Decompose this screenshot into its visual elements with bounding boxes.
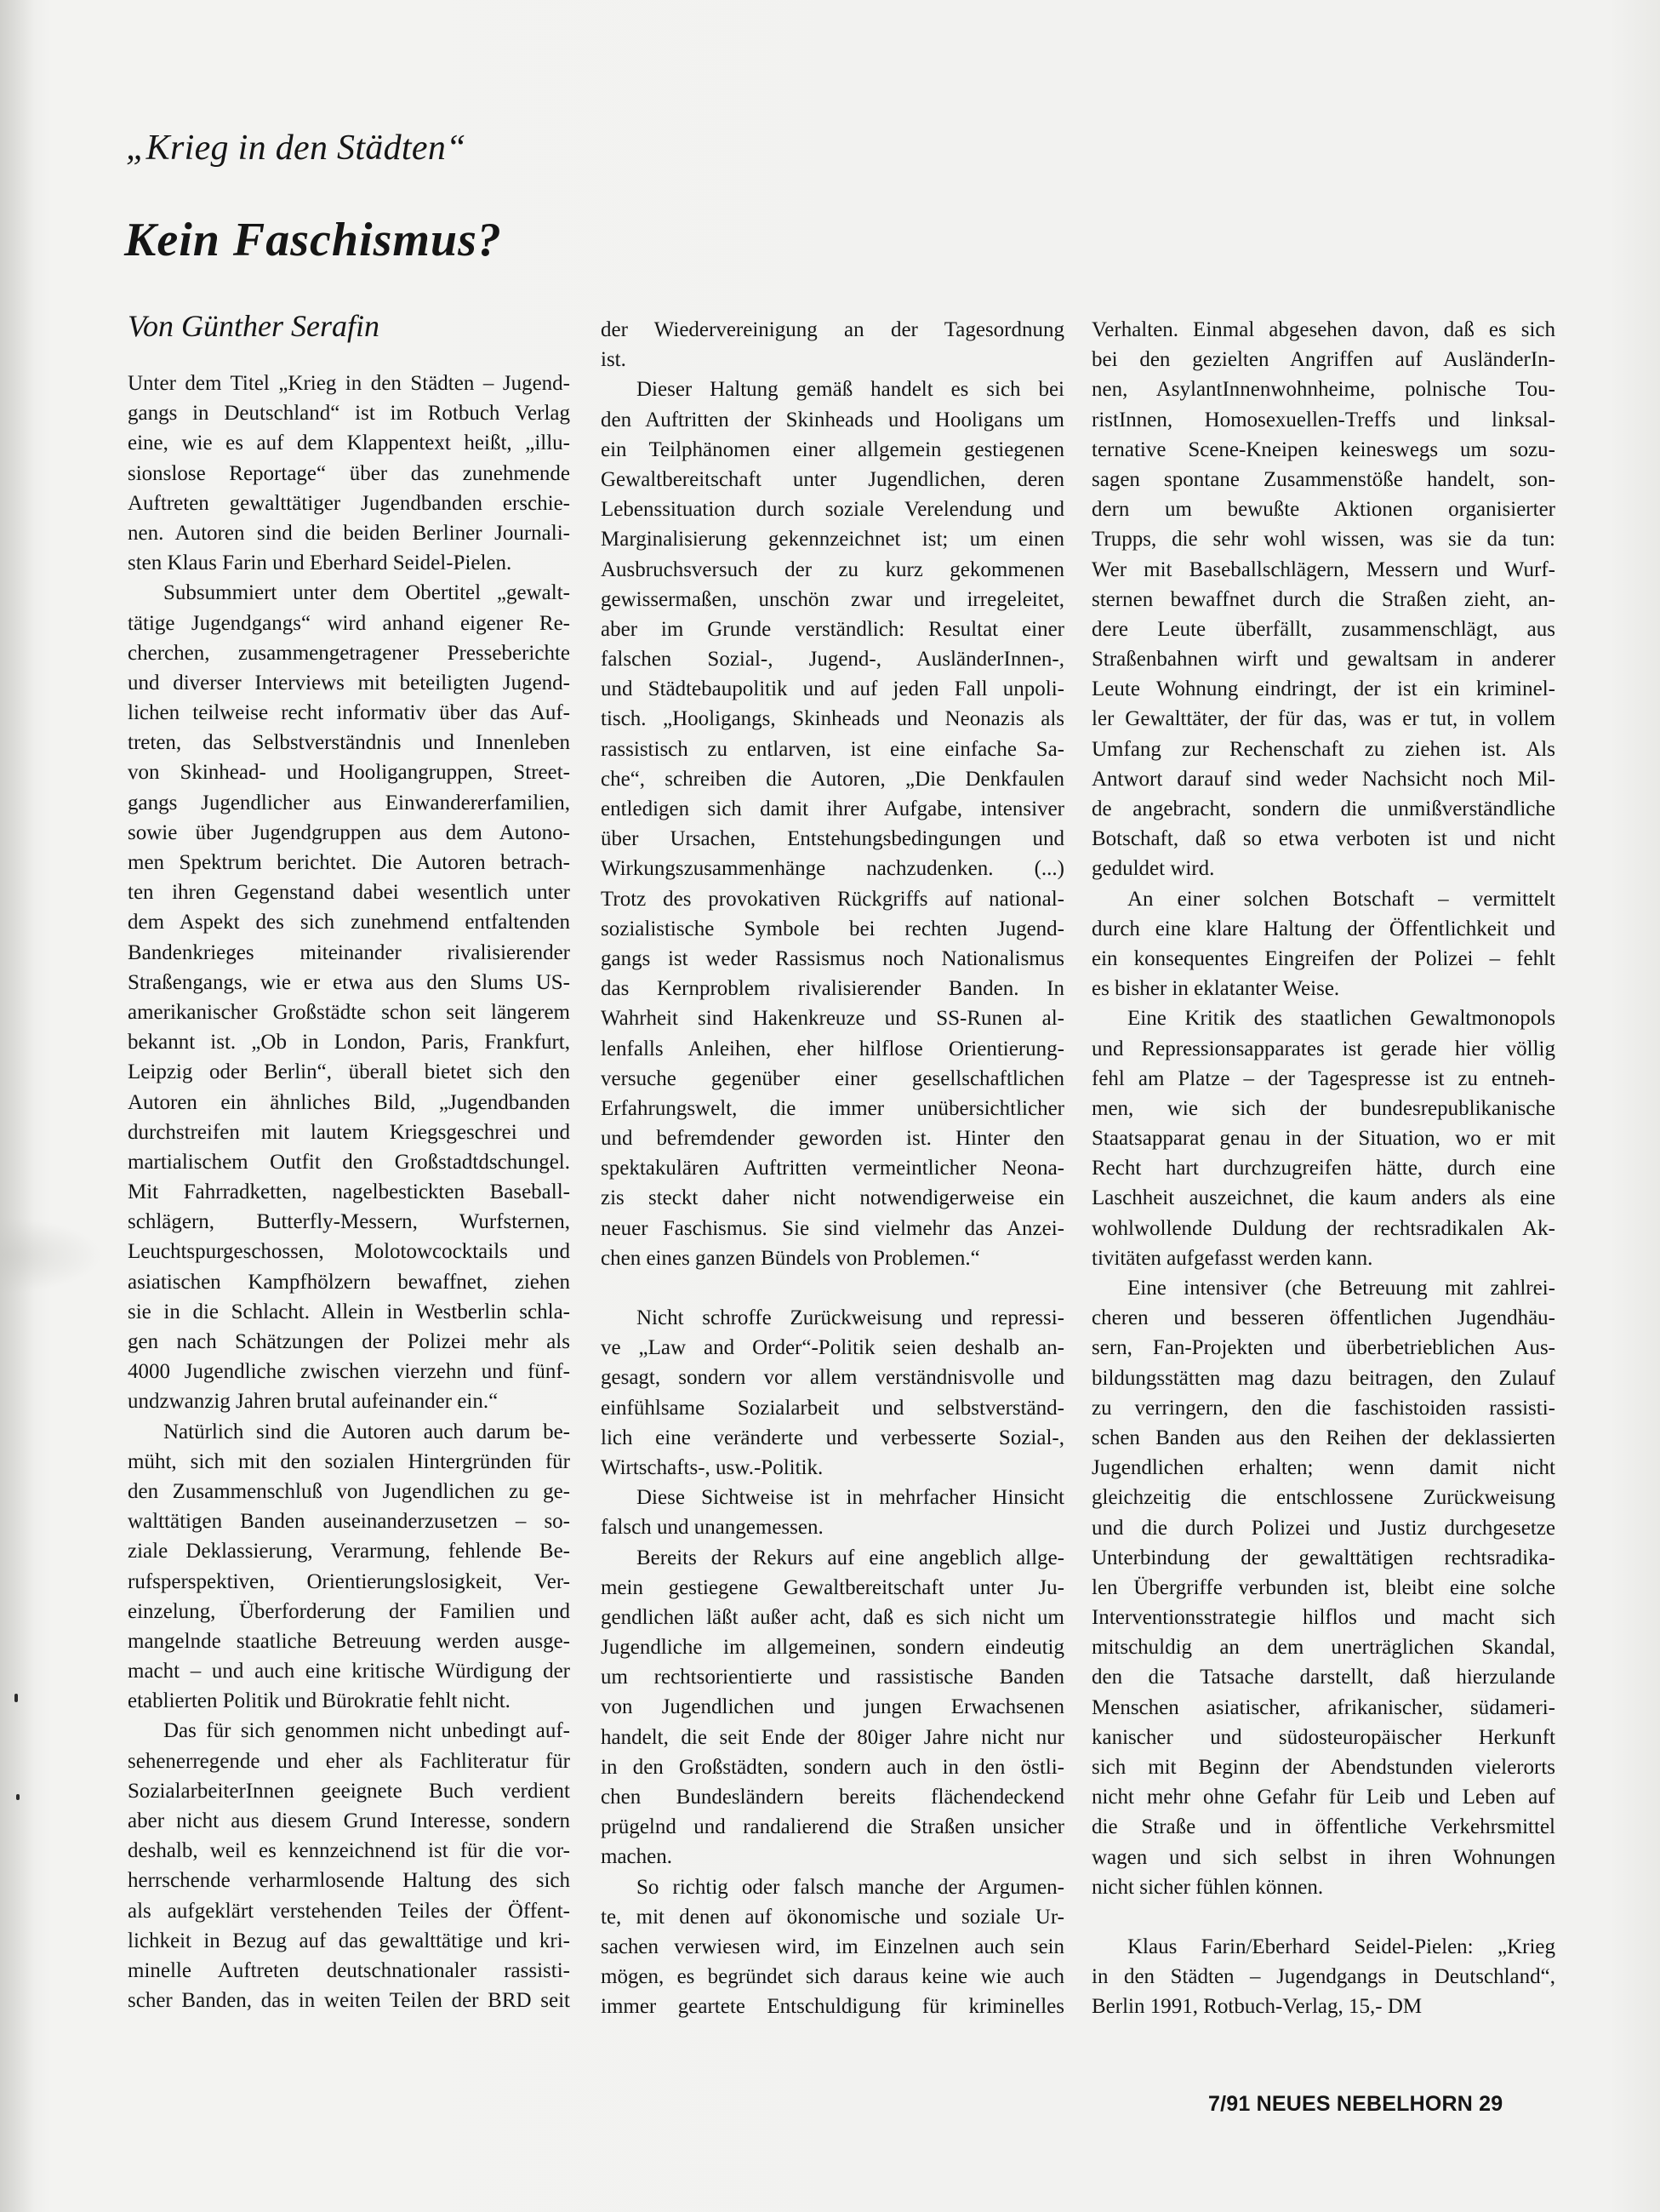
text-line: Eine Kritik des staatlichen Gewaltmonopo… [1092, 1003, 1555, 1033]
text-line: tisch. „Hooligangs, Skinheads und Neonaz… [601, 704, 1064, 734]
paper-crease [0, 1217, 102, 1294]
text-line: wohlwollende Duldung der rechtsradikalen… [1092, 1214, 1555, 1243]
text-line: Natürlich sind die Autoren auch darum be… [128, 1417, 570, 1447]
text-line: martialischem Outfit den Großstadtdschun… [128, 1147, 570, 1177]
text-line: men Spektrum berichtet. Die Autoren betr… [128, 848, 570, 877]
text-line: len Übergriffe verbunden ist, bleibt ein… [1092, 1573, 1555, 1603]
text-line: dem Aspekt des sich zunehmend entfaltend… [128, 907, 570, 937]
text-line: schen Banden aus den Reihen der deklassi… [1092, 1423, 1555, 1453]
scan-speck [16, 1794, 20, 1800]
text-line: geduldet wird. [1092, 854, 1555, 883]
text-line: Jugendliche im allgemeinen, sondern eind… [601, 1632, 1064, 1662]
article-title: Kein Faschismus? [124, 213, 502, 267]
text-line: ve „Law and Order“-Politik seien deshalb… [601, 1333, 1064, 1363]
text-line: walttätigen Banden auseinanderzusetzen –… [128, 1506, 570, 1536]
text-line: gangs Jugendlicher aus Einwandererfamili… [128, 788, 570, 818]
text-line: gen nach Schätzungen der Polizei mehr al… [128, 1327, 570, 1357]
text-line: Laschheit auszeichnet, die kaum anders a… [1092, 1183, 1555, 1213]
text-line: te, mit denen auf ökonomische und sozial… [601, 1902, 1064, 1932]
text-line: Trotz des provokativen Rückgriffs auf na… [601, 884, 1064, 914]
text-line: von Jugendlichen und jungen Erwachsenen [601, 1692, 1064, 1722]
text-line: rufsperspektiven, Orientierungslosigkeit… [128, 1567, 570, 1597]
text-line: machen. [601, 1842, 1064, 1872]
text-line: wagen und sich selbst in ihren Wohnungen [1092, 1843, 1555, 1872]
text-line: Wer mit Baseballschlägern, Messern und W… [1092, 555, 1555, 585]
text-line: sachen verwiesen wird, im Einzelnen auch… [601, 1932, 1064, 1962]
text-line: SozialarbeiterInnen geeignete Buch verdi… [128, 1776, 570, 1806]
text-line: spektakulären Auftritten vermeintlicher … [601, 1153, 1064, 1183]
text-line: tätige Jugendgangs“ wird anhand eigener … [128, 609, 570, 638]
text-line: che“, schreiben die Autoren, „Die Denkfa… [601, 764, 1064, 794]
text-line: Gewaltbereitschaft unter Jugendlichen, d… [601, 465, 1064, 494]
text-line: macht – und auch eine kritische Würdigun… [128, 1656, 570, 1686]
text-line: Recht hart durchzugreifen hätte, durch e… [1092, 1153, 1555, 1183]
text-line: chen Bundesländern bereits flächendecken… [601, 1782, 1064, 1812]
text-line: bildungsstätten mag dazu beitragen, den … [1092, 1363, 1555, 1393]
text-line: Wirtschafts-, usw.-Politik. [601, 1453, 1064, 1483]
text-line: und die durch Polizei und Justiz durchge… [1092, 1513, 1555, 1543]
text-line: bei den gezielten Angriffen auf Auslände… [1092, 345, 1555, 374]
paragraph-gap [1092, 1902, 1555, 1932]
text-line: das Kernproblem rivalisierender Banden. … [601, 974, 1064, 1003]
text-line: gleichzeitig die entschlossene Zurückwei… [1092, 1483, 1555, 1512]
text-line: sowie über Jugendgruppen aus dem Autono- [128, 818, 570, 848]
article-kicker: „Krieg in den Städten“ [126, 128, 466, 169]
scan-speck [14, 1694, 18, 1702]
text-line: sten Klaus Farin und Eberhard Seidel-Pie… [128, 548, 570, 578]
text-line: Auftreten gewalttätiger Jugendbanden ers… [128, 489, 570, 518]
text-line: Unter dem Titel „Krieg in den Städten – … [128, 369, 570, 398]
text-line: schlägern, Butterfly-Messern, Wurfsterne… [128, 1207, 570, 1237]
text-line: Menschen asiatischer, afrikanischer, süd… [1092, 1693, 1555, 1723]
text-line: nen. Autoren sind die beiden Berliner Jo… [128, 518, 570, 548]
text-line: ziale Deklassierung, Verarmung, fehlende… [128, 1536, 570, 1566]
text-line: Ausbruchsversuch der zu kurz gekommenen [601, 555, 1064, 585]
text-line: cherchen, zusammengetragener Presseberic… [128, 638, 570, 668]
text-line: men, wie sich der bundesrepublikanische [1092, 1094, 1555, 1123]
text-line: ternative Scene-Kneipen keineswegs um so… [1092, 435, 1555, 465]
text-line: und befremdender geworden ist. Hinter de… [601, 1123, 1064, 1153]
text-line: als aufgeklärt verstehenden Teiles der Ö… [128, 1896, 570, 1926]
text-line: ein Teilphänomen einer allgemein gestieg… [601, 435, 1064, 465]
text-line: bekannt ist. „Ob in London, Paris, Frank… [128, 1027, 570, 1057]
text-line: Autoren ein ähnliches Bild, „Jugendbande… [128, 1088, 570, 1117]
text-line: immer geartete Entschuldigung für krimin… [601, 1992, 1064, 2021]
text-line: Verhalten. Einmal abgesehen davon, daß e… [1092, 315, 1555, 345]
text-line: dere Leute überfällt, zusammenschlägt, a… [1092, 614, 1555, 644]
text-line: tivitäten aufgefasst werden kann. [1092, 1243, 1555, 1273]
text-line: Erfahrungswelt, die immer unübersichtlic… [601, 1094, 1064, 1123]
text-line: Eine intensiver (che Betreuung mit zahlr… [1092, 1273, 1555, 1303]
text-line: ist. [601, 345, 1064, 374]
text-line: dern um bewußte Aktionen organisierter [1092, 494, 1555, 524]
text-line: mein gestiegene Gewaltbereitschaft unter… [601, 1573, 1064, 1603]
text-column-1: Unter dem Titel „Krieg in den Städten – … [128, 369, 570, 2015]
text-line: Marginalisierung gekennzeichnet ist; um … [601, 524, 1064, 554]
text-column-2: der Wiedervereinigung an der Tagesordnun… [601, 315, 1064, 2022]
text-line: Jugendlichen erhalten; wenn damit nicht [1092, 1453, 1555, 1483]
text-line: sich mit Beginn der Abendstunden vielero… [1092, 1752, 1555, 1782]
text-line: einfühlsame Sozialarbeit und selbstverst… [601, 1393, 1064, 1423]
text-line: deshalb, weil es kennzeichnend ist für d… [128, 1836, 570, 1866]
text-line: in den Städten – Jugendgangs in Deutschl… [1092, 1962, 1555, 1992]
text-line: sagen spontane Zusammenstöße handelt, so… [1092, 465, 1555, 494]
text-line: minelle Auftreten deutschnationaler rass… [128, 1956, 570, 1986]
text-line: in den Großstädten, sondern auch in den … [601, 1752, 1064, 1782]
text-line: lichkeit in Bezug auf das gewalttätige u… [128, 1926, 570, 1956]
text-line: Straßengangs, wie er etwa aus den Slums … [128, 968, 570, 997]
text-line: kanischer und südosteuropäischer Herkunf… [1092, 1723, 1555, 1752]
text-line: etablierten Politik und Bürokratie fehlt… [128, 1686, 570, 1716]
text-line: nen, AsylantInnenwohnheime, polnische To… [1092, 374, 1555, 404]
text-line: handelt, die seit Ende der 80iger Jahre … [601, 1723, 1064, 1752]
text-line: rassistisch zu entlarven, ist eine einfa… [601, 734, 1064, 764]
text-line: der Wiedervereinigung an der Tagesordnun… [601, 315, 1064, 345]
text-line: sie in die Schlacht. Allein in Westberli… [128, 1297, 570, 1327]
text-line: Subsummiert unter dem Obertitel „gewalt- [128, 578, 570, 608]
text-line: Diese Sichtweise ist in mehrfacher Hinsi… [601, 1483, 1064, 1512]
text-line: Trupps, die sehr wohl wissen, was sie da… [1092, 524, 1555, 554]
text-line: müht, sich mit den sozialen Hintergründe… [128, 1447, 570, 1477]
text-line: Leute Wohnung eindringt, der ist ein kri… [1092, 674, 1555, 704]
text-line: zu verringern, den die faschistoiden ras… [1092, 1393, 1555, 1423]
text-line: mögen, es begründet sich daraus keine wi… [601, 1962, 1064, 1992]
text-line: Botschaft, daß so etwa verboten ist und … [1092, 824, 1555, 854]
text-line: Unterbindung der gewalttätigen rechtsrad… [1092, 1543, 1555, 1573]
paragraph-gap [601, 1273, 1064, 1303]
text-line: über Ursachen, Entstehungsbedingungen un… [601, 824, 1064, 854]
text-line: und Städtebaupolitik und auf jeden Fall … [601, 674, 1064, 704]
text-line: mitschuldig an dem unerträglichen Skanda… [1092, 1632, 1555, 1662]
text-line: So richtig oder falsch manche der Argume… [601, 1872, 1064, 1902]
page-edge-shadow [0, 0, 34, 2212]
text-line: gendlichen läßt außer acht, daß es sich … [601, 1603, 1064, 1632]
text-line: sehenerregende und eher als Fachliteratu… [128, 1746, 570, 1776]
text-line: entledigen sich damit ihrer Aufgabe, int… [601, 794, 1064, 824]
text-line: versuche gegenüber einer gesellschaftlic… [601, 1064, 1064, 1094]
text-line: sternen bewaffnet durch die Straßen zieh… [1092, 585, 1555, 614]
text-line: zis steckt daher nicht notwendigerweise … [601, 1183, 1064, 1213]
text-line: Das für sich genommen nicht unbedingt au… [128, 1716, 570, 1746]
text-line: Berlin 1991, Rotbuch-Verlag, 15,- DM [1092, 1992, 1555, 2021]
text-line: durch eine klare Haltung der Öffentlichk… [1092, 914, 1555, 944]
text-line: den Auftritten der Skinheads und Hooliga… [601, 405, 1064, 435]
text-line: ler Gewalttäter, der für das, was er tut… [1092, 704, 1555, 734]
text-line: neuer Faschismus. Sie sind vielmehr das … [601, 1214, 1064, 1243]
text-line: lenfalls Anleihen, eher hilflose Orienti… [601, 1034, 1064, 1064]
text-line: falsch und unangemessen. [601, 1512, 1064, 1542]
text-line: fehl am Platze – der Tagespresse ist zu … [1092, 1064, 1555, 1094]
text-line: gesagt, sondern vor allem verständnisvol… [601, 1363, 1064, 1392]
text-line: den Zusammenschluß von Jugendlichen zu g… [128, 1477, 570, 1506]
text-line: um rechtsorientierte und rassistische Ba… [601, 1662, 1064, 1692]
text-column-3: Verhalten. Einmal abgesehen davon, daß e… [1092, 315, 1555, 2022]
text-line: aber im Grunde verständlich: Resultat ei… [601, 614, 1064, 644]
text-line: gangs ist weder Rassismus noch Nationali… [601, 944, 1064, 974]
text-line: Bereits der Rekurs auf eine angeblich al… [601, 1543, 1064, 1573]
text-line: Nicht schroffe Zurückweisung und repress… [601, 1303, 1064, 1333]
text-line: sern, Fan-Projekten und überbetriebliche… [1092, 1333, 1555, 1363]
text-line: asiatischen Kampfhölzern bewaffnet, zieh… [128, 1267, 570, 1297]
text-line: Staatsapparat genau in der Situation, wo… [1092, 1123, 1555, 1153]
text-line: ristInnen, Homosexuellen-Treffs und link… [1092, 405, 1555, 435]
text-line: prügelnd und randalierend die Straßen un… [601, 1812, 1064, 1842]
text-line: lichen teilweise recht informativ über d… [128, 698, 570, 728]
text-line: undzwanzig Jahren brutal aufeinander ein… [128, 1386, 570, 1416]
text-line: den die Tatsache darstellt, daß hierzula… [1092, 1662, 1555, 1692]
text-line: An einer solchen Botschaft – vermittelt [1092, 884, 1555, 914]
text-line: chen eines ganzen Bündels von Problemen.… [601, 1243, 1064, 1273]
text-line: Interventionsstrategie hilflos und macht… [1092, 1603, 1555, 1632]
text-line: gewissermaßen, unschön zwar und irregele… [601, 585, 1064, 614]
text-line: durchstreifen mit lautem Kriegsgeschrei … [128, 1117, 570, 1147]
text-line: amerikanischer Großstädte schon seit län… [128, 997, 570, 1027]
text-line: einzelung, Überforderung der Familien un… [128, 1597, 570, 1626]
text-line: gangs in Deutschland“ ist im Rotbuch Ver… [128, 398, 570, 428]
text-line: Leuchtspurgeschossen, Molotowcocktails u… [128, 1237, 570, 1266]
text-line: die Straße und in öffentliche Verkehrsmi… [1092, 1812, 1555, 1842]
text-line: und Repressionsapparates ist gerade hier… [1092, 1034, 1555, 1064]
text-line: nicht mehr ohne Gefahr für Leib und Lebe… [1092, 1782, 1555, 1812]
text-line: Antwort darauf sind weder Nachsicht noch… [1092, 764, 1555, 794]
text-line: mangelnde staatliche Betreuung werden au… [128, 1626, 570, 1656]
text-line: aber nicht aus diesem Grund Interesse, s… [128, 1806, 570, 1836]
text-line: Mit Fahrradketten, nagelbestickten Baseb… [128, 1177, 570, 1207]
text-line: treten, das Selbstverständnis und Innenl… [128, 728, 570, 757]
page-footer: 7/91 NEUES NEBELHORN 29 [1208, 2092, 1503, 2117]
text-line: Bandenkrieges miteinander rivalisierende… [128, 938, 570, 968]
text-line: nicht sicher fühlen können. [1092, 1872, 1555, 1902]
text-line: von Skinhead- und Hooligangruppen, Stree… [128, 757, 570, 787]
text-line: 4000 Jugendliche zwischen vierzehn und f… [128, 1357, 570, 1386]
text-line: de angebracht, sondern die unmißverständ… [1092, 794, 1555, 824]
text-line: scher Banden, das in weiten Teilen der B… [128, 1986, 570, 2015]
text-line: lich eine veränderte und verbesserte Soz… [601, 1423, 1064, 1453]
text-line: Wahrheit sind Hakenkreuze und SS-Runen a… [601, 1003, 1064, 1033]
text-line: Dieser Haltung gemäß handelt es sich bei [601, 374, 1064, 404]
text-line: sionslose Reportage“ über das zunehmende [128, 459, 570, 489]
text-line: herrschende verharmlosende Haltung des s… [128, 1866, 570, 1895]
text-line: sozialistische Symbole bei rechten Jugen… [601, 914, 1064, 944]
text-line: eine, wie es auf dem Klappentext heißt, … [128, 428, 570, 458]
text-line: und diverser Interviews mit beteiligten … [128, 668, 570, 698]
text-line: Lebenssituation durch soziale Verelendun… [601, 494, 1064, 524]
text-line: Klaus Farin/Eberhard Seidel-Pielen: „Kri… [1092, 1932, 1555, 1962]
text-line: cheren und besseren öffentlichen Jugendh… [1092, 1303, 1555, 1333]
text-line: Wirkungszusammenhänge nachzudenken. (...… [601, 854, 1064, 883]
article-byline: Von Günther Serafin [128, 308, 379, 344]
text-line: Straßenbahnen wirft und gewaltsam in and… [1092, 644, 1555, 674]
text-line: falschen Sozial-, Jugend-, AusländerInne… [601, 644, 1064, 674]
text-line: Umfang zur Rechenschaft zu ziehen ist. A… [1092, 734, 1555, 764]
text-line: Leipzig oder Berlin“, überall bietet sic… [128, 1057, 570, 1087]
text-line: ein konsequentes Eingreifen der Polizei … [1092, 944, 1555, 974]
text-line: es bisher in eklatanter Weise. [1092, 974, 1555, 1003]
text-line: ten ihren Gegenstand dabei wesentlich un… [128, 877, 570, 907]
